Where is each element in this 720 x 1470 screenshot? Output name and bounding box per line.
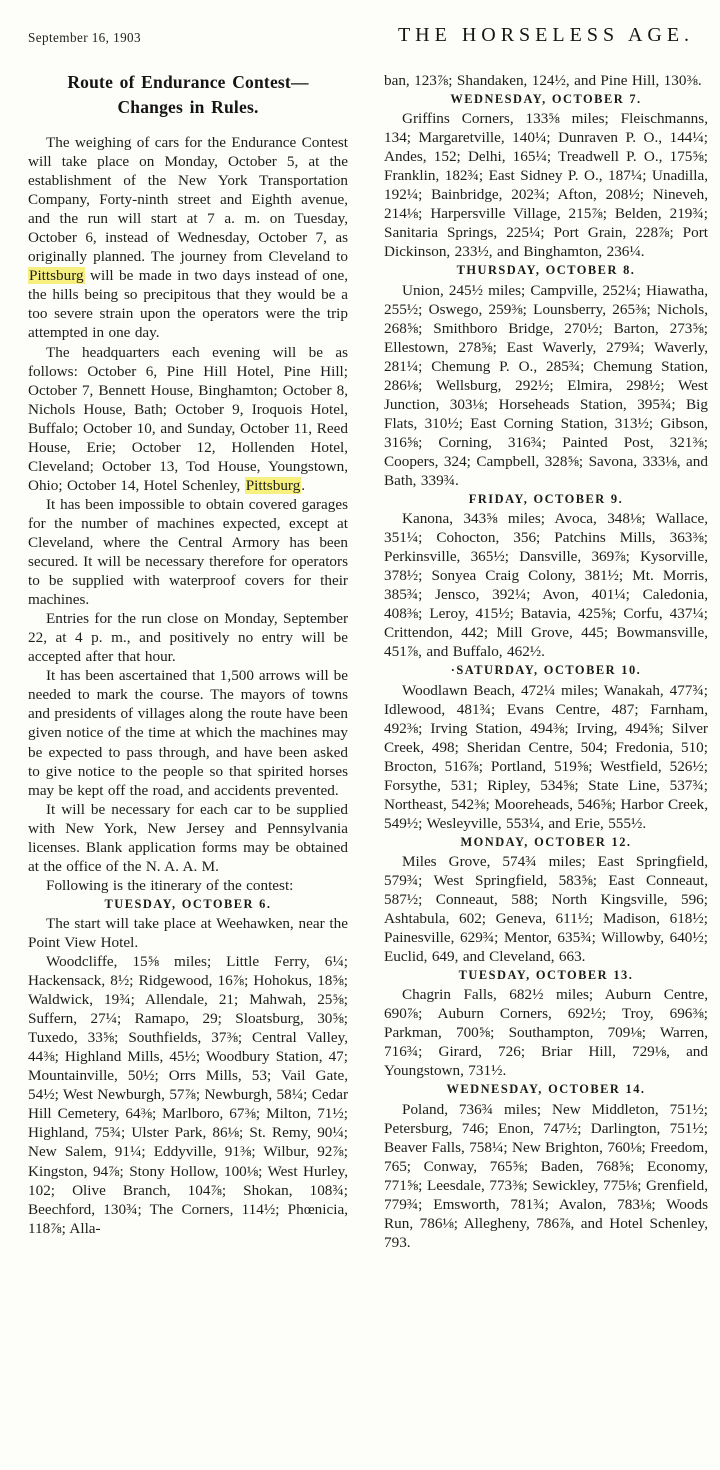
day-heading-oct12: MONDAY, OCTOBER 12. bbox=[384, 833, 708, 852]
itinerary-oct13: Chagrin Falls, 682½ miles; Auburn Centre… bbox=[384, 985, 708, 1080]
paragraph-licenses: It will be necessary for each car to be … bbox=[28, 800, 348, 876]
itinerary-oct7: Griffins Corners, 133⅝ miles; Fleischman… bbox=[384, 109, 708, 261]
itinerary-oct6: Woodcliffe, 15⅝ miles; Little Ferry, 6¼;… bbox=[28, 952, 348, 1238]
column-left: September 16, 1903 Route of Endurance Co… bbox=[28, 30, 348, 1238]
day-heading-oct10: ·SATURDAY, OCTOBER 10. bbox=[384, 661, 708, 680]
itinerary-oct6-continuation: ban, 123⅞; Shandaken, 124½, and Pine Hil… bbox=[384, 71, 708, 90]
day-heading-oct9: FRIDAY, OCTOBER 9. bbox=[384, 490, 708, 509]
highlight-pittsburg-2: Pittsburg bbox=[245, 477, 302, 494]
publication-date: September 16, 1903 bbox=[28, 30, 348, 46]
article-body-left: The weighing of cars for the Endurance C… bbox=[28, 133, 348, 1238]
paragraph-weighing: The weighing of cars for the Endurance C… bbox=[28, 133, 348, 343]
paragraph-text: The headquarters each evening will be as… bbox=[28, 344, 348, 494]
day-heading-oct8: THURSDAY, OCTOBER 8. bbox=[384, 261, 708, 280]
article-title-line2: Changes in Rules. bbox=[28, 95, 348, 120]
itinerary-oct8: Union, 245½ miles; Campville, 252¼; Hiaw… bbox=[384, 281, 708, 491]
paragraph-arrows: It has been ascertained that 1,500 arrow… bbox=[28, 666, 348, 799]
paragraph-garages: It has been impossible to obtain covered… bbox=[28, 495, 348, 609]
day-heading-oct7: WEDNESDAY, OCTOBER 7. bbox=[384, 90, 708, 109]
day-heading-oct14: WEDNESDAY, OCTOBER 14. bbox=[384, 1080, 708, 1099]
paragraph-entries: Entries for the run close on Monday, Sep… bbox=[28, 609, 348, 666]
itinerary-oct12: Miles Grove, 574¾ miles; East Springfiel… bbox=[384, 852, 708, 966]
paragraph-start: The start will take place at Weehawken, … bbox=[28, 914, 348, 952]
column-right: THE HORSELESS AGE. ban, 123⅞; Shandaken,… bbox=[384, 22, 708, 1252]
article-body-right: ban, 123⅞; Shandaken, 124½, and Pine Hil… bbox=[384, 71, 708, 1252]
paragraph-text: The weighing of cars for the Endurance C… bbox=[28, 134, 348, 265]
article-title: Route of Endurance Contest— Changes in R… bbox=[28, 70, 348, 120]
itinerary-oct10: Woodlawn Beach, 472¼ miles; Wanakah, 477… bbox=[384, 681, 708, 833]
masthead: THE HORSELESS AGE. bbox=[384, 24, 708, 47]
day-heading-oct13: TUESDAY, OCTOBER 13. bbox=[384, 966, 708, 985]
scanned-page: September 16, 1903 Route of Endurance Co… bbox=[0, 0, 720, 1470]
article-title-line1: Route of Endurance Contest— bbox=[28, 70, 348, 95]
itinerary-oct9: Kanona, 343⅝ miles; Avoca, 348⅛; Wallace… bbox=[384, 509, 708, 661]
highlight-pittsburg-1: Pittsburg bbox=[28, 267, 85, 284]
paragraph-itinerary-intro: Following is the itinerary of the contes… bbox=[28, 876, 348, 895]
day-heading-oct6: TUESDAY, OCTOBER 6. bbox=[28, 895, 348, 914]
paragraph-text: . bbox=[301, 477, 305, 494]
itinerary-oct14: Poland, 736¾ miles; New Middleton, 751½;… bbox=[384, 1100, 708, 1252]
paragraph-headquarters: The headquarters each evening will be as… bbox=[28, 343, 348, 495]
